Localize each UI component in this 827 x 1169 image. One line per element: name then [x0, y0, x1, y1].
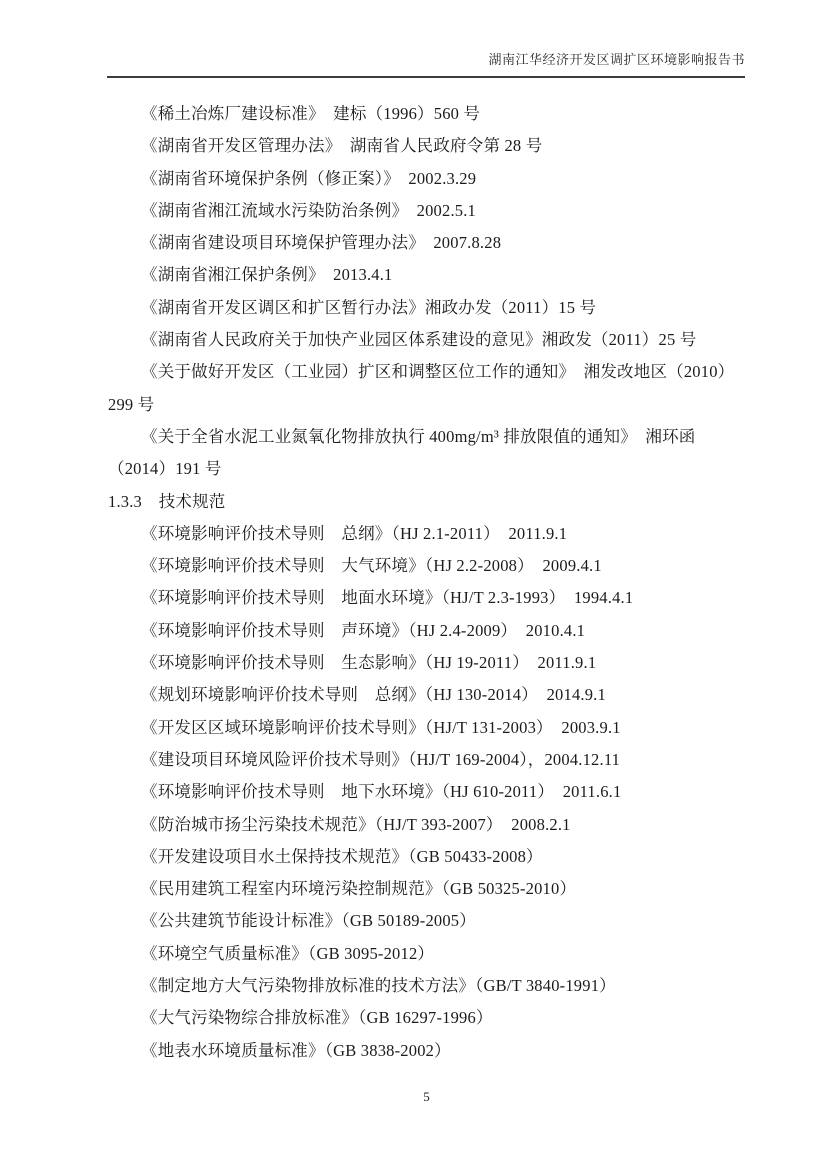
- document-line: 《环境影响评价技术导则 总纲》（HJ 2.1-2011） 2011.9.1: [108, 518, 753, 550]
- page-number: 5: [108, 1089, 745, 1105]
- document-line: 《关于全省水泥工业氮氧化物排放执行 400mg/m³ 排放限值的通知》 湘环函: [108, 421, 753, 453]
- document-line: 《规划环境影响评价技术导则 总纲》（HJ 130-2014） 2014.9.1: [108, 679, 753, 711]
- header-title: 湖南江华经济开发区调扩区环境影响报告书: [488, 52, 745, 67]
- document-line: 《环境影响评价技术导则 地下水环境》（HJ 610-2011） 2011.6.1: [108, 776, 753, 808]
- document-line: 《稀土冶炼厂建设标准》 建标（1996）560 号: [108, 98, 753, 130]
- document-line: 《民用建筑工程室内环境污染控制规范》（GB 50325-2010）: [108, 873, 753, 905]
- document-line: 《地表水环境质量标准》（GB 3838-2002）: [108, 1035, 753, 1067]
- document-line: 《环境空气质量标准》（GB 3095-2012）: [108, 938, 753, 970]
- document-line: 《湖南省开发区调区和扩区暂行办法》湘政办发（2011）15 号: [108, 292, 753, 324]
- document-line: 《关于做好开发区（工业园）扩区和调整区位工作的通知》 湘发改地区（2010）: [108, 356, 753, 388]
- document-line: 299 号: [108, 389, 753, 421]
- document-line: 《防治城市扬尘污染技术规范》（HJ/T 393-2007） 2008.2.1: [108, 809, 753, 841]
- document-line: 《开发区区域环境影响评价技术导则》（HJ/T 131-2003） 2003.9.…: [108, 712, 753, 744]
- document-line: 《湖南省开发区管理办法》 湖南省人民政府令第 28 号: [108, 130, 753, 162]
- document-line: 《大气污染物综合排放标准》（GB 16297-1996）: [108, 1002, 753, 1034]
- document-line: 《湖南省湘江流域水污染防治条例》 2002.5.1: [108, 195, 753, 227]
- document-body: 《稀土冶炼厂建设标准》 建标（1996）560 号《湖南省开发区管理办法》 湖南…: [108, 98, 753, 1067]
- document-line: （2014）191 号: [108, 453, 753, 485]
- document-line: 《环境影响评价技术导则 声环境》（HJ 2.4-2009） 2010.4.1: [108, 615, 753, 647]
- document-line: 《制定地方大气污染物排放标准的技术方法》（GB/T 3840-1991）: [108, 970, 753, 1002]
- document-page: 湖南江华经济开发区调扩区环境影响报告书 《稀土冶炼厂建设标准》 建标（1996）…: [0, 0, 827, 1169]
- header-rule: [107, 76, 745, 78]
- document-line: 《开发建设项目水土保持技术规范》（GB 50433-2008）: [108, 841, 753, 873]
- document-line: 《湖南省环境保护条例（修正案）》 2002.3.29: [108, 163, 753, 195]
- document-line: 《建设项目环境风险评价技术导则》（HJ/T 169-2004），2004.12.…: [108, 744, 753, 776]
- document-line: 《环境影响评价技术导则 地面水环境》（HJ/T 2.3-1993） 1994.4…: [108, 582, 753, 614]
- document-line: 《湖南省建设项目环境保护管理办法》 2007.8.28: [108, 227, 753, 259]
- document-line: 《环境影响评价技术导则 生态影响》（HJ 19-2011） 2011.9.1: [108, 647, 753, 679]
- document-line: 《公共建筑节能设计标准》（GB 50189-2005）: [108, 905, 753, 937]
- document-line: 《湖南省人民政府关于加快产业园区体系建设的意见》湘政发（2011）25 号: [108, 324, 753, 356]
- document-line: 《环境影响评价技术导则 大气环境》（HJ 2.2-2008） 2009.4.1: [108, 550, 753, 582]
- document-line: 《湖南省湘江保护条例》 2013.4.1: [108, 259, 753, 291]
- page-header: 湖南江华经济开发区调扩区环境影响报告书: [107, 51, 745, 69]
- document-line: 1.3.3 技术规范: [108, 486, 753, 518]
